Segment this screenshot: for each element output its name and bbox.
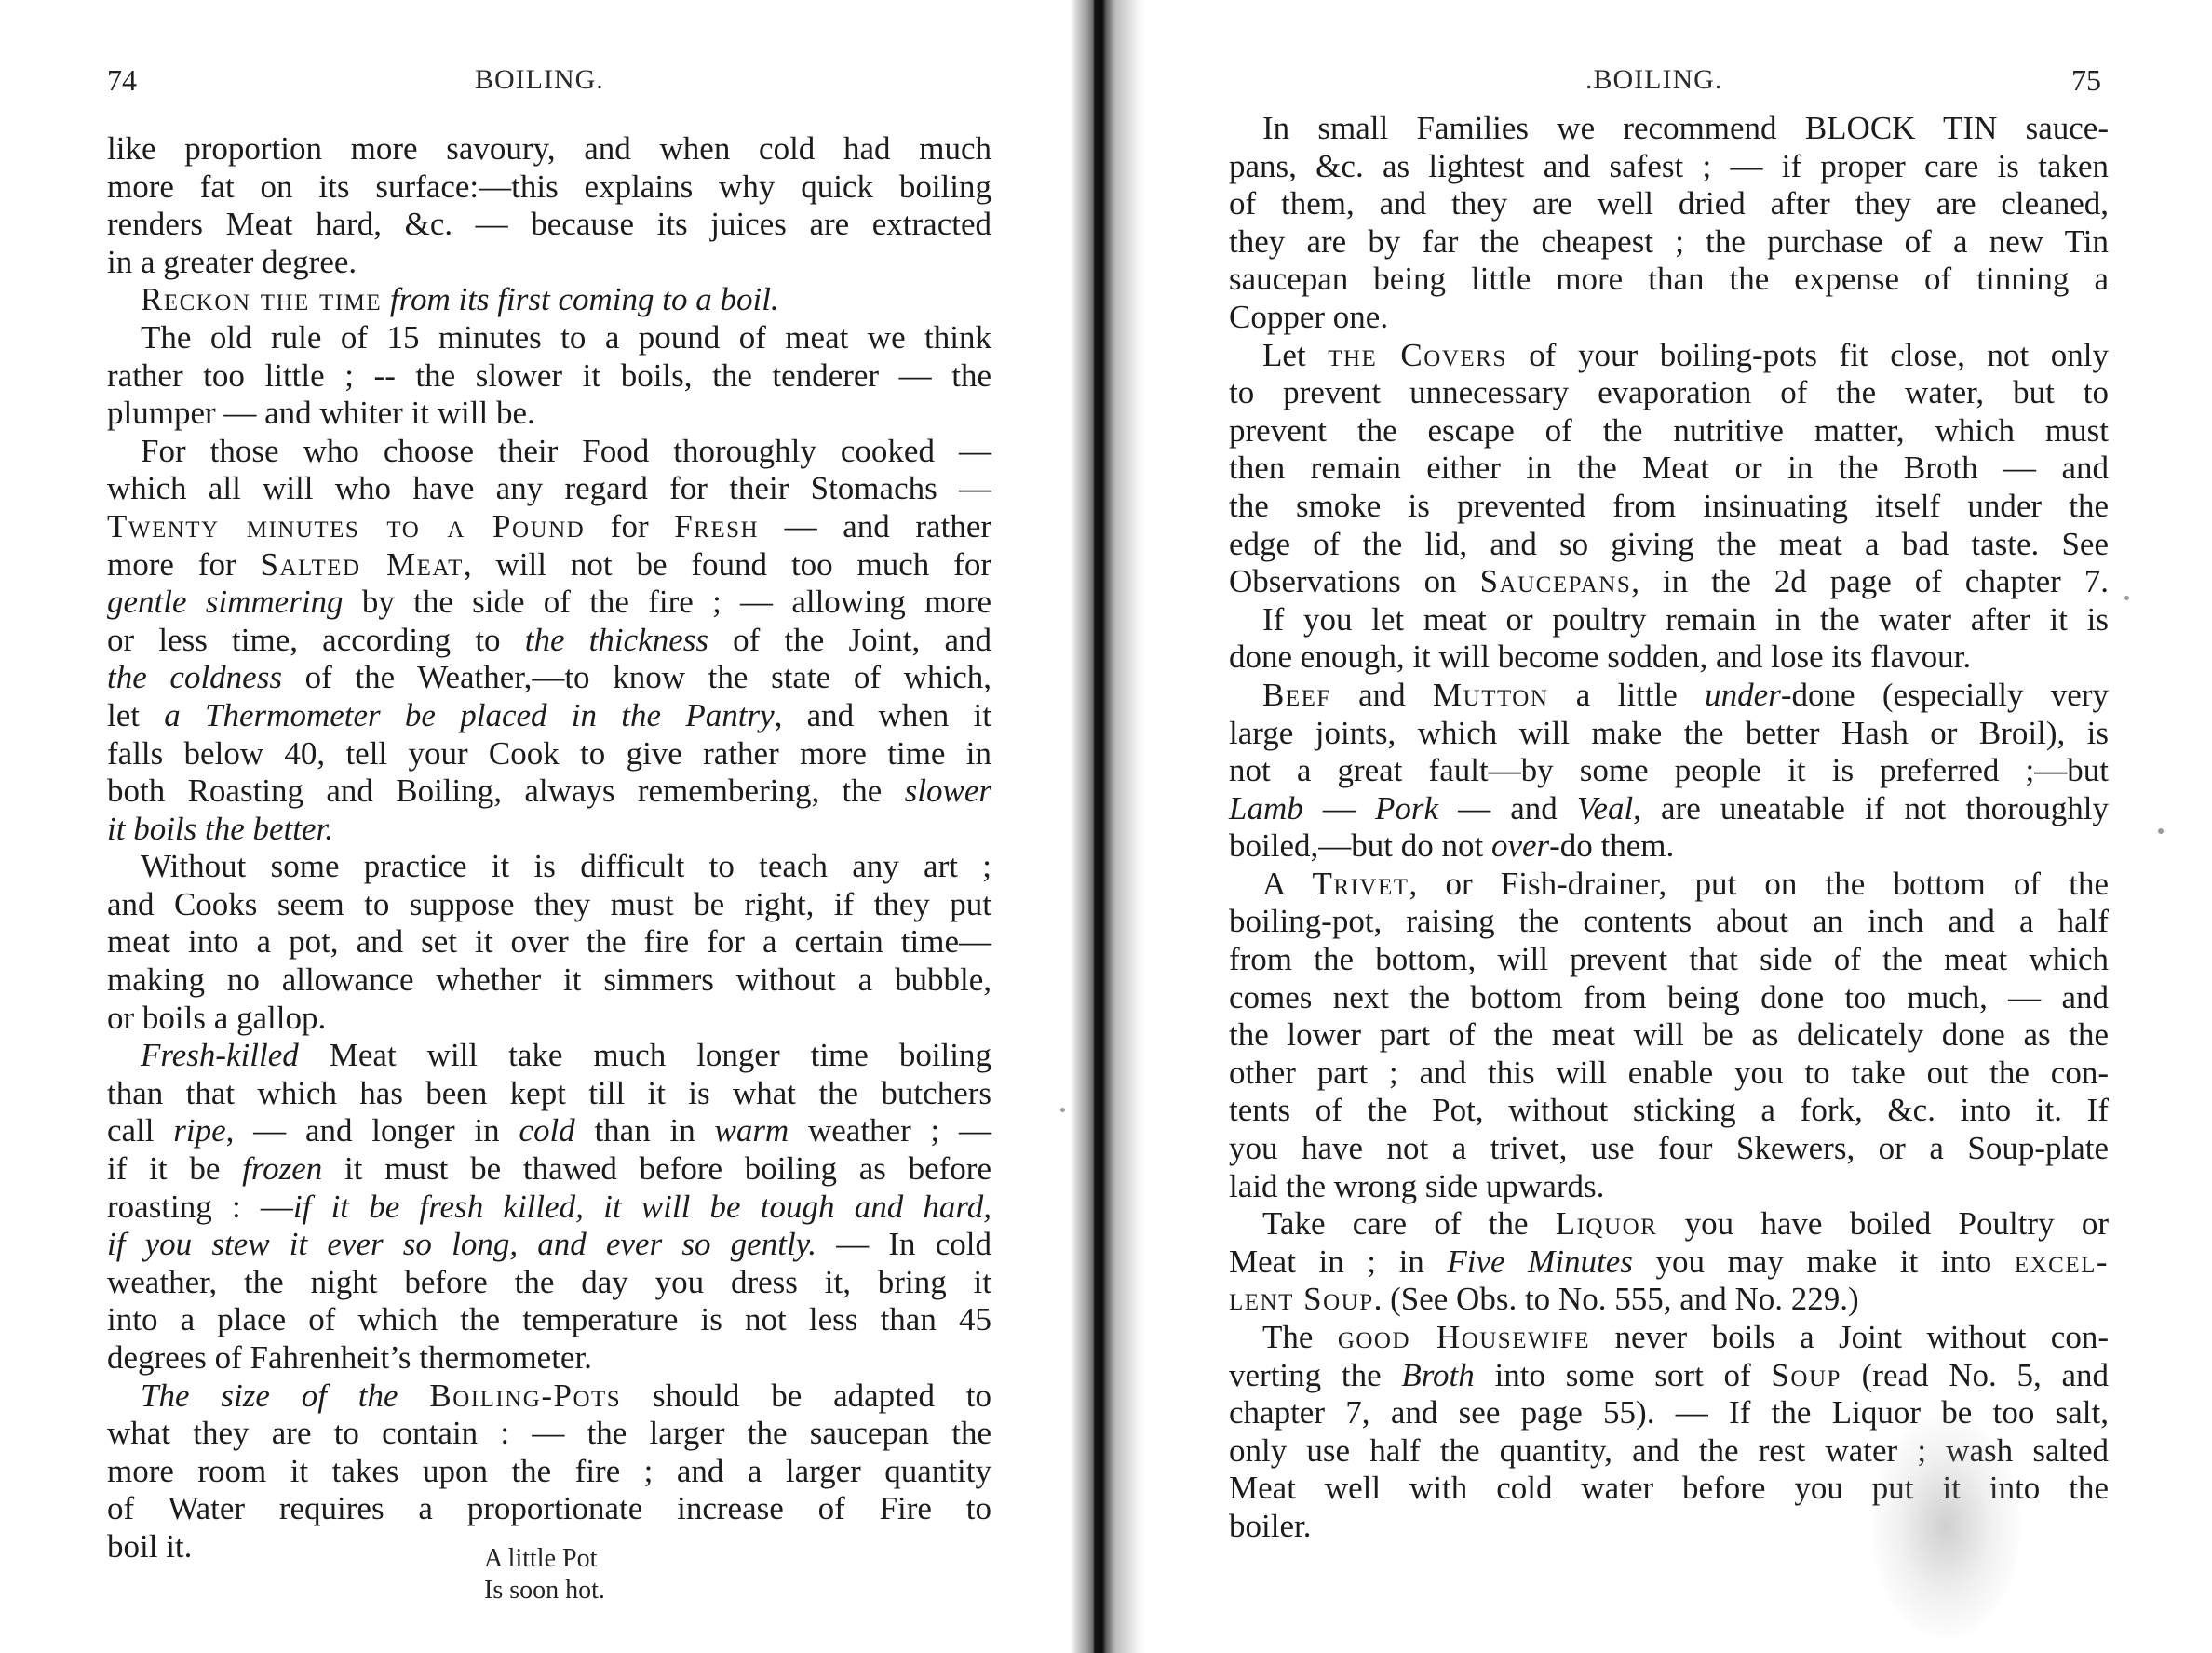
text-run: into a place of which the temperature is… (107, 1301, 991, 1337)
text-run: In small Families we recommend BLOCK TIN… (1262, 110, 2109, 146)
text-run: edge of the lid, and so giving the meat … (1229, 526, 2109, 562)
text-run: a little (1548, 677, 1705, 713)
text-run: — and (1438, 790, 1577, 826)
italic-text: the coldness (107, 659, 282, 695)
text-run: — In cold (816, 1226, 991, 1262)
text-line: tents of the Pot, without sticking a for… (1229, 1092, 2109, 1130)
text-line: and Cooks seem to suppose they must be r… (107, 886, 991, 924)
text-run: of your boiling-pots fit close, not only (1507, 337, 2109, 373)
text-run: other part ; and this will enable you to… (1229, 1055, 2109, 1091)
small-caps-text: Trivet (1313, 866, 1409, 902)
text-run: -done (especially very (1781, 677, 2109, 713)
text-run: falls below 40, tell your Cook to give r… (107, 735, 991, 772)
italic-text: the thickness (525, 622, 708, 658)
text-run: both Roasting and Boiling, always rememb… (107, 773, 905, 809)
text-line: let a Thermometer be placed in the Pantr… (107, 697, 991, 735)
text-line: plumper — and whiter it will be. (107, 395, 991, 433)
text-run: it must be thawed before boiling as befo… (322, 1150, 991, 1187)
italic-text: warm (714, 1112, 789, 1149)
book-gutter (1071, 0, 1145, 1653)
text-run: for (585, 508, 674, 544)
motto-line-2: Is soon hot. (484, 1575, 605, 1606)
text-run: not a great fault—by some people it is p… (1229, 752, 2109, 788)
text-run: A (1262, 866, 1313, 902)
text-line: prevent the escape of the nutritive matt… (1229, 412, 2109, 450)
small-caps-text: Beef (1262, 677, 1331, 713)
small-caps-text: Boiling-Pots (429, 1377, 621, 1414)
text-line: For those who choose their Food thorough… (107, 433, 991, 471)
text-line: both Roasting and Boiling, always rememb… (107, 773, 991, 811)
text-line: weather, the night before the day you dr… (107, 1264, 991, 1302)
text-run: and (1331, 677, 1433, 713)
text-run: Take care of the (1262, 1205, 1556, 1242)
book-spread: 74 BOILING. like proportion more savoury… (0, 0, 2212, 1653)
text-run: of Water requires a proportionate increa… (107, 1490, 991, 1526)
text-run: If you let meat or poultry remain in the… (1262, 601, 2109, 638)
text-line: Beef and Mutton a little under-done (esp… (1229, 677, 2109, 715)
text-line: the lower part of the meat will be as de… (1229, 1016, 2109, 1055)
small-caps-text: excel- (2015, 1243, 2109, 1280)
scan-speck (2124, 596, 2129, 600)
left-page-body: like proportion more savoury, and when c… (107, 130, 991, 1566)
italic-text: frozen (242, 1150, 322, 1187)
text-run: the smoke is prevented from insinuating … (1229, 488, 2109, 524)
text-run: roasting : — (107, 1189, 293, 1225)
text-run: , are uneatable if not thoroughly (1633, 790, 2109, 826)
text-run: weather, the night before the day you dr… (107, 1264, 991, 1300)
text-line: comes next the bottom from being done to… (1229, 979, 2109, 1017)
text-run: you have not a trivet, use four Skewers,… (1229, 1130, 2109, 1166)
italic-text: Lamb (1229, 790, 1303, 826)
text-line: laid the wrong side upwards. (1229, 1168, 2109, 1206)
text-run: in a greater degree. (107, 244, 357, 280)
small-caps-text: Reckon the time (141, 281, 382, 317)
scan-stain (1871, 1415, 2020, 1638)
text-run: should be adapted to (621, 1377, 991, 1414)
text-line: the smoke is prevented from insinuating … (1229, 488, 2109, 526)
text-line: boiled,—but do not over-do them. (1229, 827, 2109, 866)
text-line: if you stew it ever so long, and ever so… (107, 1226, 991, 1264)
small-caps-text: Fresh (674, 508, 759, 544)
text-run: then remain either in the Meat or in the… (1229, 450, 2109, 486)
text-line: meat into a pot, and set it over the fir… (107, 923, 991, 961)
text-run: or less time, according to (107, 622, 525, 658)
text-line: more fat on its surface:—this explains w… (107, 168, 991, 207)
text-run: from the bottom, will prevent that side … (1229, 941, 2109, 977)
text-run: never boils a Joint without con- (1590, 1319, 2109, 1355)
text-run: boil it. (107, 1528, 192, 1565)
text-run: making no allowance whether it simmers w… (107, 961, 991, 998)
small-caps-text: Mutton (1433, 677, 1548, 713)
italic-text: from its first coming to a boil. (390, 281, 779, 317)
text-line: roasting : —if it be fresh killed, it wi… (107, 1189, 991, 1227)
text-run: , in the 2d page of chapter 7. (1631, 563, 2109, 599)
text-line: Reckon the time from its first coming to… (107, 281, 991, 319)
italic-text: over (1491, 827, 1549, 864)
text-run: , and when it (775, 697, 991, 733)
text-line: Copper one. (1229, 299, 2109, 337)
text-line: it boils the better. (107, 811, 991, 849)
text-run: plumper — and whiter it will be. (107, 395, 535, 431)
italic-text: cold (519, 1112, 574, 1149)
text-run: Meat will take much longer time boiling (299, 1037, 991, 1073)
text-run: The old rule of 15 minutes to a pound of… (141, 319, 991, 356)
text-run: meat into a pot, and set it over the fir… (107, 923, 991, 960)
text-run: boiling-pot, raising the contents about … (1229, 903, 2109, 939)
text-run: verting the (1229, 1357, 1401, 1393)
text-run (382, 281, 390, 317)
text-line: call ripe, — and longer in cold than in … (107, 1112, 991, 1150)
text-line: If you let meat or poultry remain in the… (1229, 601, 2109, 639)
text-line: verting the Broth into some sort of Soup… (1229, 1357, 2109, 1395)
text-line: into a place of which the temperature is… (107, 1301, 991, 1339)
text-run: by the side of the fire ; — allowing mor… (344, 584, 991, 620)
text-run: you may make it into (1633, 1243, 2015, 1280)
text-run: more room it takes upon the fire ; and a… (107, 1453, 991, 1489)
italic-text: ripe (173, 1112, 225, 1149)
text-run: pans, &c. as lightest and safest ; — if … (1229, 148, 2109, 184)
text-line: Take care of the Liquor you have boiled … (1229, 1205, 2109, 1243)
text-line: large joints, which will make the better… (1229, 715, 2109, 753)
italic-text: The size of the (141, 1377, 398, 1414)
motto-line-1: A little Pot (484, 1543, 605, 1575)
page-number-left: 74 (107, 61, 137, 99)
text-run: call (107, 1112, 173, 1149)
text-run: prevent the escape of the nutritive matt… (1229, 412, 2109, 449)
text-line: or boils a gallop. (107, 1000, 991, 1038)
text-run: Let (1262, 337, 1328, 373)
text-run: For those who choose their Food thorough… (141, 433, 991, 469)
text-line: which all will who have any regard for t… (107, 470, 991, 508)
text-line: renders Meat hard, &c. — because its jui… (107, 206, 991, 244)
text-run: boiled,—but do not (1229, 827, 1491, 864)
italic-text: a Thermometer be placed in the Pantry (164, 697, 774, 733)
scan-speck (2158, 828, 2164, 834)
text-run: you have boiled Poultry or (1657, 1205, 2109, 1242)
page-75: .BOILING. 75 In small Families we recomm… (1140, 0, 2212, 1653)
text-line: saucepan being little more than the expe… (1229, 261, 2109, 299)
right-page-body: In small Families we recommend BLOCK TIN… (1229, 110, 2109, 1546)
italic-text: if you stew it ever so long, and ever so… (107, 1226, 816, 1262)
text-line: Fresh-killed Meat will take much longer … (107, 1037, 991, 1075)
italic-text: under (1705, 677, 1781, 713)
text-line: A Trivet, or Fish-drainer, put on the bo… (1229, 866, 2109, 904)
text-run: rather too little ; -- the slower it boi… (107, 357, 991, 394)
text-run: The (1262, 1319, 1338, 1355)
scan-speck (1060, 1108, 1065, 1112)
text-line: if it be frozen it must be thawed before… (107, 1150, 991, 1189)
text-line: rather too little ; -- the slower it boi… (107, 357, 991, 396)
small-caps-text: Soup (1771, 1357, 1841, 1393)
text-run: like proportion more savoury, and when c… (107, 130, 991, 167)
small-caps-text: Liquor (1556, 1205, 1658, 1242)
text-line: they are by far the cheapest ; the purch… (1229, 223, 2109, 262)
text-run: what they are to contain : — the larger … (107, 1415, 991, 1451)
text-run: — and rather (759, 508, 991, 544)
text-run: — (1303, 790, 1375, 826)
text-line: The size of the Boiling-Pots should be a… (107, 1377, 991, 1416)
italic-text: it boils the better. (107, 811, 333, 847)
italic-text: slower (905, 773, 991, 809)
text-run: of the Weather,—to know the state of whi… (282, 659, 991, 695)
text-run: large joints, which will make the better… (1229, 715, 2109, 751)
running-head-left: BOILING. (475, 61, 604, 99)
small-caps-text: Salted Meat (261, 546, 464, 583)
text-run: Observations on (1229, 563, 1480, 599)
text-line: than that which has been kept till it is… (107, 1075, 991, 1113)
text-run: of the Joint, and (708, 622, 991, 658)
text-run: renders Meat hard, &c. — because its jui… (107, 206, 991, 242)
running-head-right: .BOILING. (1585, 61, 1722, 99)
text-line: Without some practice it is difficult to… (107, 848, 991, 886)
small-caps-text: Saucepans (1480, 563, 1632, 599)
text-line: more for Salted Meat, will not be found … (107, 546, 991, 585)
text-line: The good Housewife never boils a Joint w… (1229, 1319, 2109, 1357)
text-line: to prevent unnecessary evaporation of th… (1229, 374, 2109, 412)
text-run: . (See Obs. to No. 555, and No. 229.) (1374, 1281, 1859, 1317)
text-run: more for (107, 546, 261, 583)
text-line: lent Soup. (See Obs. to No. 555, and No.… (1229, 1281, 2109, 1319)
text-run: Without some practice it is difficult to… (141, 848, 991, 884)
italic-text: if it be fresh killed, it will be tough … (293, 1189, 991, 1225)
text-line: Lamb — Pork — and Veal, are uneatable if… (1229, 790, 2109, 828)
text-run: , or Fish-drainer, put on the bottom of … (1409, 866, 2109, 902)
italic-text: Fresh-killed (141, 1037, 299, 1073)
text-run: if it be (107, 1150, 242, 1187)
small-caps-text: good Housewife (1338, 1319, 1590, 1355)
text-run: to prevent unnecessary evaporation of th… (1229, 374, 2109, 410)
italic-text: Five Minutes (1447, 1243, 1633, 1280)
text-line: what they are to contain : — the larger … (107, 1415, 991, 1453)
text-run: the lower part of the meat will be as de… (1229, 1016, 2109, 1053)
text-run: or boils a gallop. (107, 1000, 326, 1036)
text-line: gentle simmering by the side of the fire… (107, 584, 991, 622)
text-line: not a great fault—by some people it is p… (1229, 752, 2109, 790)
text-line: more room it takes upon the fire ; and a… (107, 1453, 991, 1491)
text-line: The old rule of 15 minutes to a pound of… (107, 319, 991, 357)
text-line: In small Families we recommend BLOCK TIN… (1229, 110, 2109, 148)
page-number-right: 75 (2071, 61, 2101, 99)
small-caps-text: Twenty minutes to a Pound (107, 508, 585, 544)
text-run: which all will who have any regard for t… (107, 470, 991, 506)
text-line: pans, &c. as lightest and safest ; — if … (1229, 148, 2109, 186)
text-line: Observations on Saucepans, in the 2d pag… (1229, 563, 2109, 601)
text-line: of Water requires a proportionate increa… (107, 1490, 991, 1528)
text-run: tents of the Pot, without sticking a for… (1229, 1092, 2109, 1128)
motto: A little Pot Is soon hot. (484, 1543, 605, 1606)
text-run (398, 1377, 430, 1414)
text-run: into some sort of (1475, 1357, 1772, 1393)
text-line: in a greater degree. (107, 244, 991, 282)
text-line: boiling-pot, raising the contents about … (1229, 903, 2109, 941)
text-line: Twenty minutes to a Pound for Fresh — an… (107, 508, 991, 546)
text-run: degrees of Fahrenheit’s thermometer. (107, 1339, 592, 1376)
text-line: Meat in ; in Five Minutes you may make i… (1229, 1243, 2109, 1282)
text-run: (read No. 5, and (1841, 1357, 2109, 1393)
text-line: or less time, according to the thickness… (107, 622, 991, 660)
italic-text: Pork (1375, 790, 1438, 826)
text-line: Let the Covers of your boiling-pots fit … (1229, 337, 2109, 375)
text-run: boiler. (1229, 1508, 1311, 1544)
text-run: and Cooks seem to suppose they must be r… (107, 886, 991, 922)
text-run: , — and longer in (226, 1112, 519, 1149)
text-line: falls below 40, tell your Cook to give r… (107, 735, 991, 773)
text-run: more fat on its surface:—this explains w… (107, 168, 991, 205)
italic-text: Veal (1577, 790, 1633, 826)
text-line: edge of the lid, and so giving the meat … (1229, 526, 2109, 564)
text-line: done enough, it will become sodden, and … (1229, 638, 2109, 677)
text-run: of them, and they are well dried after t… (1229, 185, 2109, 222)
text-run: laid the wrong side upwards. (1229, 1168, 1604, 1204)
small-caps-text: lent Soup (1229, 1281, 1374, 1317)
text-run: they are by far the cheapest ; the purch… (1229, 223, 2109, 260)
text-line: from the bottom, will prevent that side … (1229, 941, 2109, 979)
text-run: than that which has been kept till it is… (107, 1075, 991, 1111)
text-run: Meat in ; in (1229, 1243, 1447, 1280)
text-run: weather ; — (789, 1112, 991, 1149)
text-run: let (107, 697, 164, 733)
text-line: other part ; and this will enable you to… (1229, 1055, 2109, 1093)
italic-text: Broth (1401, 1357, 1474, 1393)
text-line: degrees of Fahrenheit’s thermometer. (107, 1339, 991, 1377)
text-run: comes next the bottom from being done to… (1229, 979, 2109, 1015)
text-run: Copper one. (1229, 299, 1388, 335)
text-line: the coldness of the Weather,—to know the… (107, 659, 991, 697)
text-line: you have not a trivet, use four Skewers,… (1229, 1130, 2109, 1168)
text-run: , will not be found too much for (464, 546, 991, 583)
italic-text: gentle simmering (107, 584, 344, 620)
text-line: then remain either in the Meat or in the… (1229, 450, 2109, 488)
text-run: saucepan being little more than the expe… (1229, 261, 2109, 297)
text-run: done enough, it will become sodden, and … (1229, 638, 1971, 675)
text-run: than in (575, 1112, 715, 1149)
small-caps-text: the Covers (1328, 337, 1506, 373)
text-line: making no allowance whether it simmers w… (107, 961, 991, 1000)
text-line: of them, and they are well dried after t… (1229, 185, 2109, 223)
page-74: 74 BOILING. like proportion more savoury… (0, 0, 1071, 1653)
text-line: like proportion more savoury, and when c… (107, 130, 991, 168)
text-run: -do them. (1549, 827, 1674, 864)
